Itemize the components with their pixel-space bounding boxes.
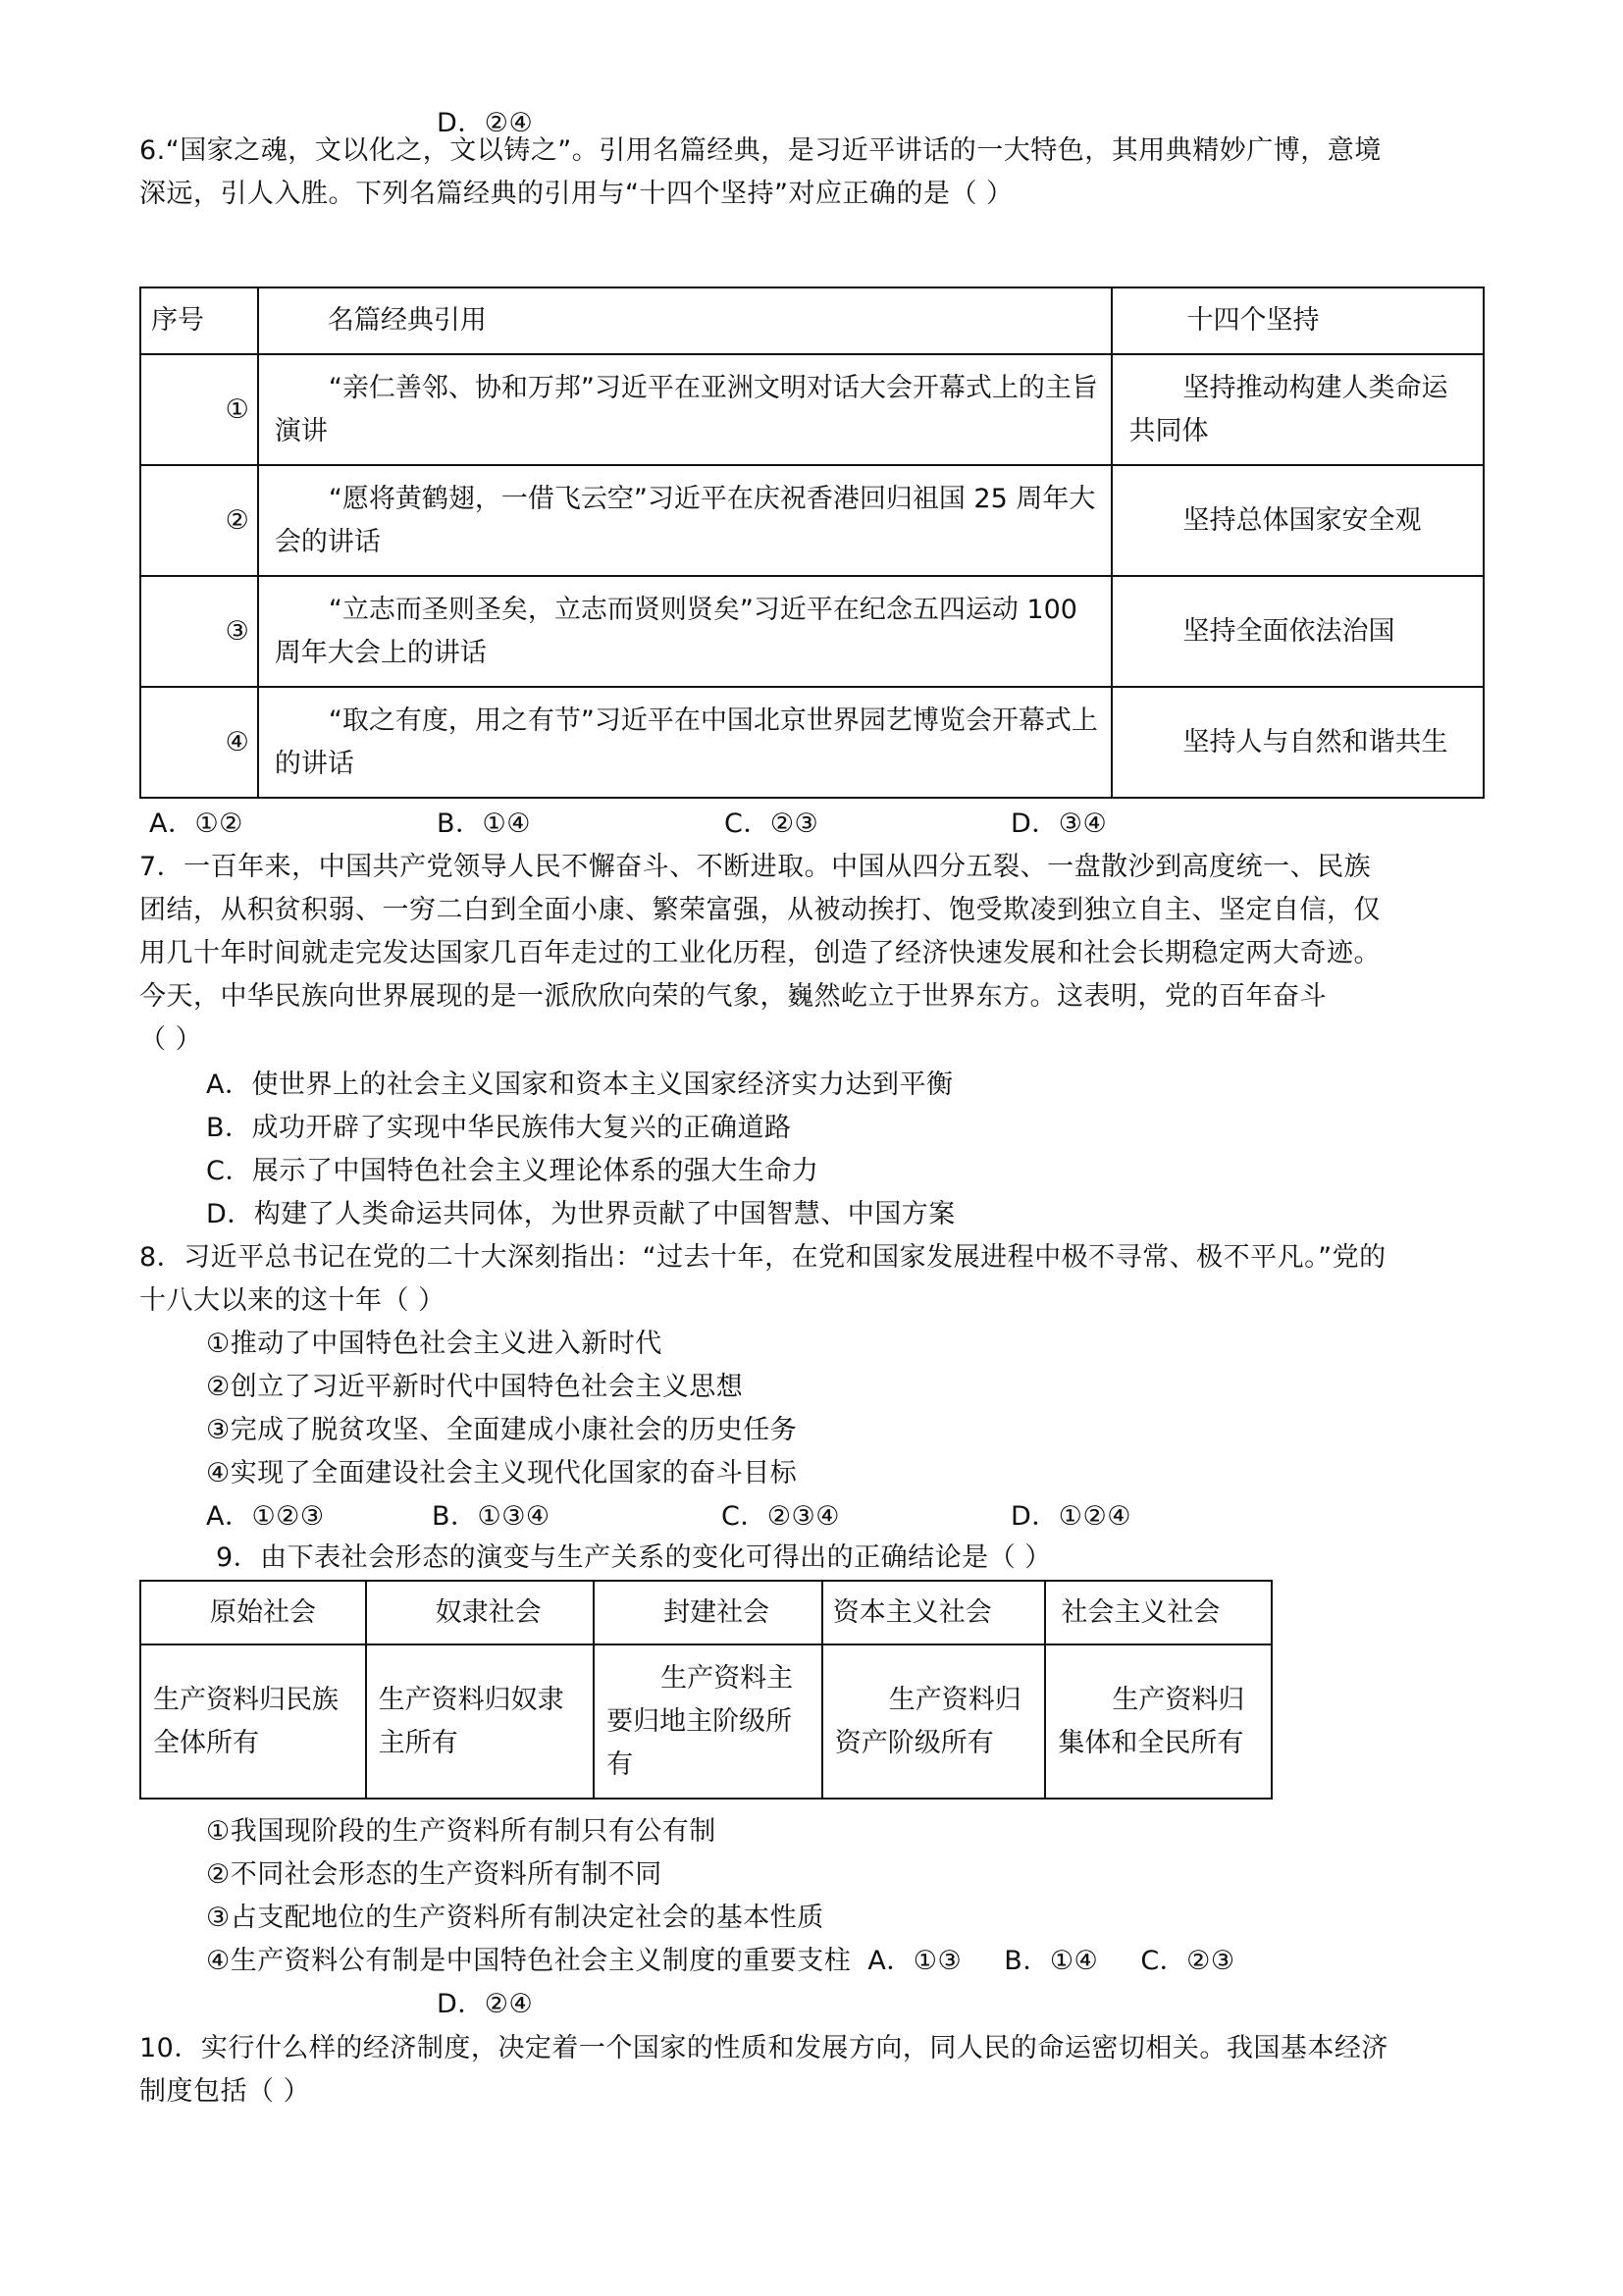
q7-stem-line-2: 团结，从积贫积弱、一穷二白到全面小康、繁荣富强，从被动挨打、饱受欺凌到独立自主、…: [139, 889, 1381, 932]
q6-option-c[interactable]: C．②③: [724, 803, 818, 846]
table-row: ④ “取之有度，用之有节”习近平在中国北京世界园艺博览会开幕式上的讲话 坚持人与…: [140, 687, 1484, 798]
q9-cell-feudal: 生产资料主要归地主阶级所有: [594, 1644, 822, 1799]
q6-row-principle: 坚持推动构建人类命运共同体: [1112, 354, 1484, 465]
table-row: ② “愿将黄鹤翅，一借飞云空”习近平在庆祝香港回归祖国 25 周年大会的讲话 坚…: [140, 465, 1484, 576]
q10-stem-line-2: 制度包括（ ）: [139, 2070, 310, 2113]
q6-header-quote: 名篇经典引用: [258, 287, 1113, 354]
q6-stem-line-2: 深远，引人入胜。下列名篇经典的引用与“十四个坚持”对应正确的是（ ）: [139, 173, 1014, 216]
q6-row-principle: 坚持人与自然和谐共生: [1112, 687, 1484, 798]
q7-stem-line-3: 用几十年时间就走完发达国家几百年走过的工业化历程，创造了经济快速发展和社会长期稳…: [139, 932, 1381, 975]
q6-row-quote: “立志而圣则圣矣，立志而贤则贤矣”习近平在纪念五四运动 100 周年大会上的讲话: [258, 576, 1113, 687]
q6-row-number: ①: [140, 354, 258, 465]
q9-cell-primitive: 生产资料归民族全体所有: [140, 1644, 366, 1799]
q8-option-b[interactable]: B．①③④: [432, 1495, 550, 1539]
q9-stem: 9．由下表社会形态的演变与生产关系的变化可得出的正确结论是（ ）: [216, 1537, 1052, 1580]
q9-statement-4-with-options: ④生产资料公有制是中国特色社会主义制度的重要支柱 A．①③ B．①④ C．②③: [206, 1940, 1235, 1983]
q9-header-slave: 奴隶社会: [366, 1581, 595, 1644]
q7-option-d[interactable]: D．构建了人类命运共同体，为世界贡献了中国智慧、中国方案: [206, 1193, 956, 1236]
q9-option-c[interactable]: C．②③: [1140, 1946, 1234, 1976]
q7-option-b[interactable]: B．成功开辟了实现中华民族伟大复兴的正确道路: [206, 1107, 792, 1150]
q8-statement-4: ④实现了全面建设社会主义现代化国家的奋斗目标: [206, 1452, 797, 1495]
q7-option-c[interactable]: C．展示了中国特色社会主义理论体系的强大生命力: [206, 1150, 818, 1193]
q8-statement-2: ②创立了习近平新时代中国特色社会主义思想: [206, 1366, 743, 1409]
q6-option-d[interactable]: D．③④: [1011, 803, 1107, 846]
q8-statement-3: ③完成了脱贫攻坚、全面建成小康社会的历史任务: [206, 1409, 797, 1452]
q6-row-principle: 坚持总体国家安全观: [1112, 465, 1484, 576]
q9-table-header-row: 原始社会 奴隶社会 封建社会 资本主义社会 社会主义社会: [140, 1581, 1272, 1644]
q6-row-quote: “取之有度，用之有节”习近平在中国北京世界园艺博览会开幕式上的讲话: [258, 687, 1113, 798]
q7-stem-line-5: （ ）: [139, 1018, 202, 1062]
q7-stem-line-1: 7．一百年来，中国共产党领导人民不懈奋斗、不断进取。中国从四分五裂、一盘散沙到高…: [139, 846, 1371, 889]
q6-option-a[interactable]: A．①②: [149, 803, 243, 846]
q9-statement-1: ①我国现阶段的生产资料所有制只有公有制: [206, 1810, 716, 1853]
q9-header-feudal: 封建社会: [594, 1581, 822, 1644]
q6-row-principle: 坚持全面依法治国: [1112, 576, 1484, 687]
q7-stem-line-4: 今天，中华民族向世界展现的是一派欣欣向荣的气象，巍然屹立于世界东方。这表明，党的…: [139, 975, 1327, 1018]
q6-quotes-table: 序号 名篇经典引用 十四个坚持 ① “亲仁善邻、协和万邦”习近平在亚洲文明对话大…: [139, 287, 1485, 799]
table-row: ③ “立志而圣则圣矣，立志而贤则贤矣”习近平在纪念五四运动 100 周年大会上的…: [140, 576, 1484, 687]
q8-statement-1: ①推动了中国特色社会主义进入新时代: [206, 1323, 662, 1366]
q9-header-capitalist: 资本主义社会: [822, 1581, 1046, 1644]
q6-table-header-row: 序号 名篇经典引用 十四个坚持: [140, 287, 1484, 354]
q6-row-number: ③: [140, 576, 258, 687]
q8-option-a[interactable]: A．①②③: [206, 1495, 325, 1539]
q9-statement-3: ③占支配地位的生产资料所有制决定社会的基本性质: [206, 1897, 824, 1940]
q9-statement-4: ④生产资料公有制是中国特色社会主义制度的重要支柱: [206, 1946, 851, 1976]
q6-row-quote: “亲仁善邻、协和万邦”习近平在亚洲文明对话大会开幕式上的主旨演讲: [258, 354, 1113, 465]
q6-row-quote: “愿将黄鹤翅，一借飞云空”习近平在庆祝香港回归祖国 25 周年大会的讲话: [258, 465, 1113, 576]
q9-social-forms-table: 原始社会 奴隶社会 封建社会 资本主义社会 社会主义社会 生产资料归民族全体所有…: [139, 1580, 1273, 1800]
q6-stem-line-1: 6.“国家之魂，文以化之，文以铸之”。引用名篇经典，是习近平讲话的一大特色，其用…: [139, 130, 1382, 173]
q8-stem-line-1: 8．习近平总书记在党的二十大深刻指出：“过去十年，在党和国家发展进程中极不寻常、…: [139, 1236, 1387, 1279]
q9-header-socialist: 社会主义社会: [1045, 1581, 1272, 1644]
q9-cell-slave: 生产资料归奴隶主所有: [366, 1644, 595, 1799]
q9-statement-2: ②不同社会形态的生产资料所有制不同: [206, 1853, 662, 1897]
q6-row-number: ④: [140, 687, 258, 798]
q8-stem-line-2: 十八大以来的这十年（ ）: [139, 1279, 445, 1323]
q6-header-principle: 十四个坚持: [1112, 287, 1484, 354]
q9-option-d[interactable]: D．②④: [437, 1983, 533, 2026]
table-row: 生产资料归民族全体所有 生产资料归奴隶主所有 生产资料主要归地主阶级所有 生产资…: [140, 1644, 1272, 1799]
q9-option-a[interactable]: A．①③: [867, 1946, 962, 1976]
q8-option-c[interactable]: C．②③④: [721, 1495, 840, 1539]
q9-option-b[interactable]: B．①④: [1004, 1946, 1098, 1976]
q6-header-number: 序号: [140, 287, 258, 354]
q10-stem-line-1: 10．实行什么样的经济制度，决定着一个国家的性质和发展方向，同人民的命运密切相关…: [139, 2027, 1388, 2070]
q6-row-number: ②: [140, 465, 258, 576]
q7-option-a[interactable]: A．使世界上的社会主义国家和资本主义国家经济实力达到平衡: [206, 1064, 953, 1107]
q9-cell-socialist: 生产资料归集体和全民所有: [1045, 1644, 1272, 1799]
q8-option-d[interactable]: D．①②④: [1011, 1495, 1131, 1539]
table-row: ① “亲仁善邻、协和万邦”习近平在亚洲文明对话大会开幕式上的主旨演讲 坚持推动构…: [140, 354, 1484, 465]
q9-cell-capitalist: 生产资料归资产阶级所有: [822, 1644, 1046, 1799]
q9-header-primitive: 原始社会: [140, 1581, 366, 1644]
q6-option-b[interactable]: B．①④: [437, 803, 531, 846]
